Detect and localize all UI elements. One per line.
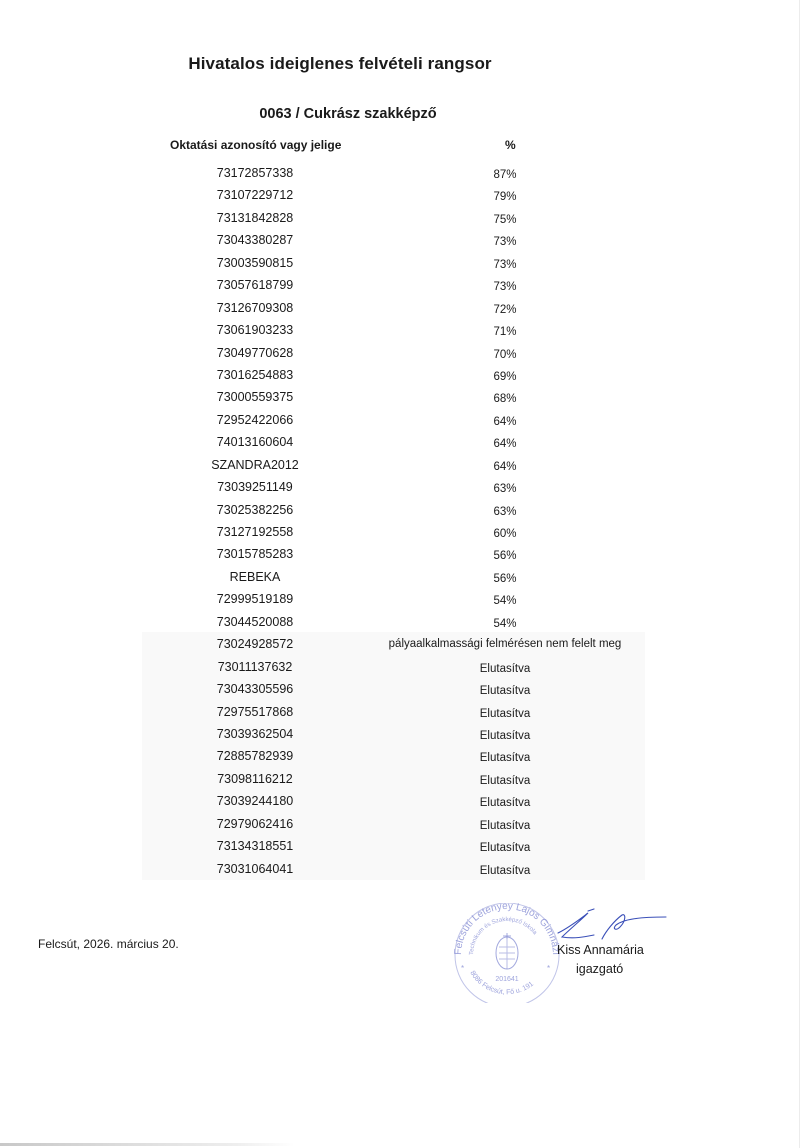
table-row: 7313184282875%	[0, 208, 801, 230]
candidate-result: Elutasítva	[380, 820, 630, 832]
table-row: REBEKA56%	[0, 567, 801, 589]
candidate-result: Elutasítva	[380, 708, 630, 720]
percent-column-header: %	[505, 138, 516, 152]
candidate-id: 73011137632	[185, 660, 325, 674]
stamp-code: 201641	[495, 976, 518, 983]
table-row: 7304977062870%	[0, 343, 801, 365]
candidate-result: 60%	[380, 528, 630, 540]
candidate-result: Elutasítva	[380, 752, 630, 764]
document-title: Hivatalos ideiglenes felvételi rangsor	[0, 54, 680, 74]
id-column-header: Oktatási azonosító vagy jelige	[170, 138, 341, 152]
candidate-id: 73000559375	[185, 390, 325, 404]
table-row: 73134318551Elutasítva	[0, 836, 801, 858]
signer-title: igazgató	[576, 962, 623, 976]
table-row: 7304452008854%	[0, 612, 801, 634]
candidate-id: 73126709308	[185, 301, 325, 315]
candidate-id: 73127192558	[185, 525, 325, 539]
candidate-result: 56%	[380, 550, 630, 562]
candidate-id: 73039251149	[185, 480, 325, 494]
candidate-result: Elutasítva	[380, 685, 630, 697]
table-row: 7302538225663%	[0, 500, 801, 522]
candidate-result: 63%	[380, 483, 630, 495]
candidate-result: pályaalkalmassági felmérésen nem felelt …	[380, 638, 630, 650]
candidate-result: 87%	[380, 169, 630, 181]
table-row: 72885782939Elutasítva	[0, 746, 801, 768]
table-row: 7305761879973%	[0, 275, 801, 297]
candidate-result: 70%	[380, 349, 630, 361]
candidate-result: 69%	[380, 371, 630, 383]
candidate-id: 72885782939	[185, 749, 325, 763]
candidate-result: 75%	[380, 214, 630, 226]
table-row: 72979062416Elutasítva	[0, 814, 801, 836]
table-row: 7303925114963%	[0, 477, 801, 499]
candidate-id: 72999519189	[185, 592, 325, 606]
candidate-id: 73057618799	[185, 278, 325, 292]
table-row: 73039362504Elutasítva	[0, 724, 801, 746]
candidate-result: 79%	[380, 191, 630, 203]
table-row: 7317285733887%	[0, 163, 801, 185]
candidate-id: 74013160604	[185, 435, 325, 449]
candidate-result: 64%	[380, 438, 630, 450]
candidate-id: 73061903233	[185, 323, 325, 337]
candidate-result: 56%	[380, 573, 630, 585]
candidate-result: 68%	[380, 393, 630, 405]
candidate-id: 73107229712	[185, 188, 325, 202]
candidate-result: 54%	[380, 595, 630, 607]
candidate-id: 73172857338	[185, 166, 325, 180]
candidate-id: 73098116212	[185, 772, 325, 786]
candidate-id: 73131842828	[185, 211, 325, 225]
candidate-id: 72952422066	[185, 413, 325, 427]
candidate-id: 73016254883	[185, 368, 325, 382]
table-row: 73039244180Elutasítva	[0, 791, 801, 813]
table-row: 7299951918954%	[0, 589, 801, 611]
stamp-star-icon: *	[461, 964, 464, 973]
candidate-id: 73003590815	[185, 256, 325, 270]
place-date: Felcsút, 2026. március 20.	[38, 937, 179, 951]
candidate-result: 73%	[380, 281, 630, 293]
candidate-result: 64%	[380, 461, 630, 473]
table-row: 7295242206664%	[0, 410, 801, 432]
signature-icon	[540, 905, 670, 945]
candidate-result: Elutasítva	[380, 797, 630, 809]
table-row: 73098116212Elutasítva	[0, 769, 801, 791]
candidate-id: 73031064041	[185, 862, 325, 876]
candidate-id: 73039244180	[185, 794, 325, 808]
table-row: 7301625488369%	[0, 365, 801, 387]
candidate-result: Elutasítva	[380, 842, 630, 854]
candidate-id: 73043305596	[185, 682, 325, 696]
table-row: 7306190323371%	[0, 320, 801, 342]
table-row: 72975517868Elutasítva	[0, 702, 801, 724]
candidate-result: 71%	[380, 326, 630, 338]
table-row: 7304338028773%	[0, 230, 801, 252]
candidate-id: SZANDRA2012	[185, 458, 325, 472]
candidate-id: 73043380287	[185, 233, 325, 247]
table-row: 73024928572pályaalkalmassági felmérésen …	[0, 634, 801, 656]
program-title: 0063 / Cukrász szakképző	[168, 106, 528, 122]
table-row: 7312670930872%	[0, 298, 801, 320]
candidate-id: 73049770628	[185, 346, 325, 360]
candidate-result: 54%	[380, 618, 630, 630]
ranking-table: 7317285733887%7310722971279%731318428287…	[0, 163, 801, 881]
candidate-id: 72975517868	[185, 705, 325, 719]
candidate-result: 73%	[380, 236, 630, 248]
table-row: 7401316060464%	[0, 432, 801, 454]
table-row: 7300055937568%	[0, 387, 801, 409]
candidate-result: Elutasítva	[380, 663, 630, 675]
stamp-star-icon: *	[547, 964, 550, 973]
table-row: 7312719255860%	[0, 522, 801, 544]
candidate-result: 63%	[380, 506, 630, 518]
table-row: 73011137632Elutasítva	[0, 657, 801, 679]
page-edge-shadow	[0, 1143, 295, 1146]
candidate-result: 64%	[380, 416, 630, 428]
table-row: 7310722971279%	[0, 185, 801, 207]
candidate-result: Elutasítva	[380, 865, 630, 877]
candidate-result: Elutasítva	[380, 775, 630, 787]
candidate-result: 73%	[380, 259, 630, 271]
candidate-result: 72%	[380, 304, 630, 316]
candidate-id: 73024928572	[185, 637, 325, 651]
table-row: 7300359081573%	[0, 253, 801, 275]
candidate-id: 73134318551	[185, 839, 325, 853]
candidate-id: 73044520088	[185, 615, 325, 629]
candidate-id: 72979062416	[185, 817, 325, 831]
candidate-id: 73015785283	[185, 547, 325, 561]
table-row: 73031064041Elutasítva	[0, 859, 801, 881]
table-row: 73043305596Elutasítva	[0, 679, 801, 701]
candidate-id: 73025382256	[185, 503, 325, 517]
candidate-id: 73039362504	[185, 727, 325, 741]
table-row: SZANDRA201264%	[0, 455, 801, 477]
signer-name: Kiss Annamária	[557, 943, 644, 957]
table-row: 7301578528356%	[0, 544, 801, 566]
candidate-id: REBEKA	[185, 570, 325, 584]
candidate-result: Elutasítva	[380, 730, 630, 742]
